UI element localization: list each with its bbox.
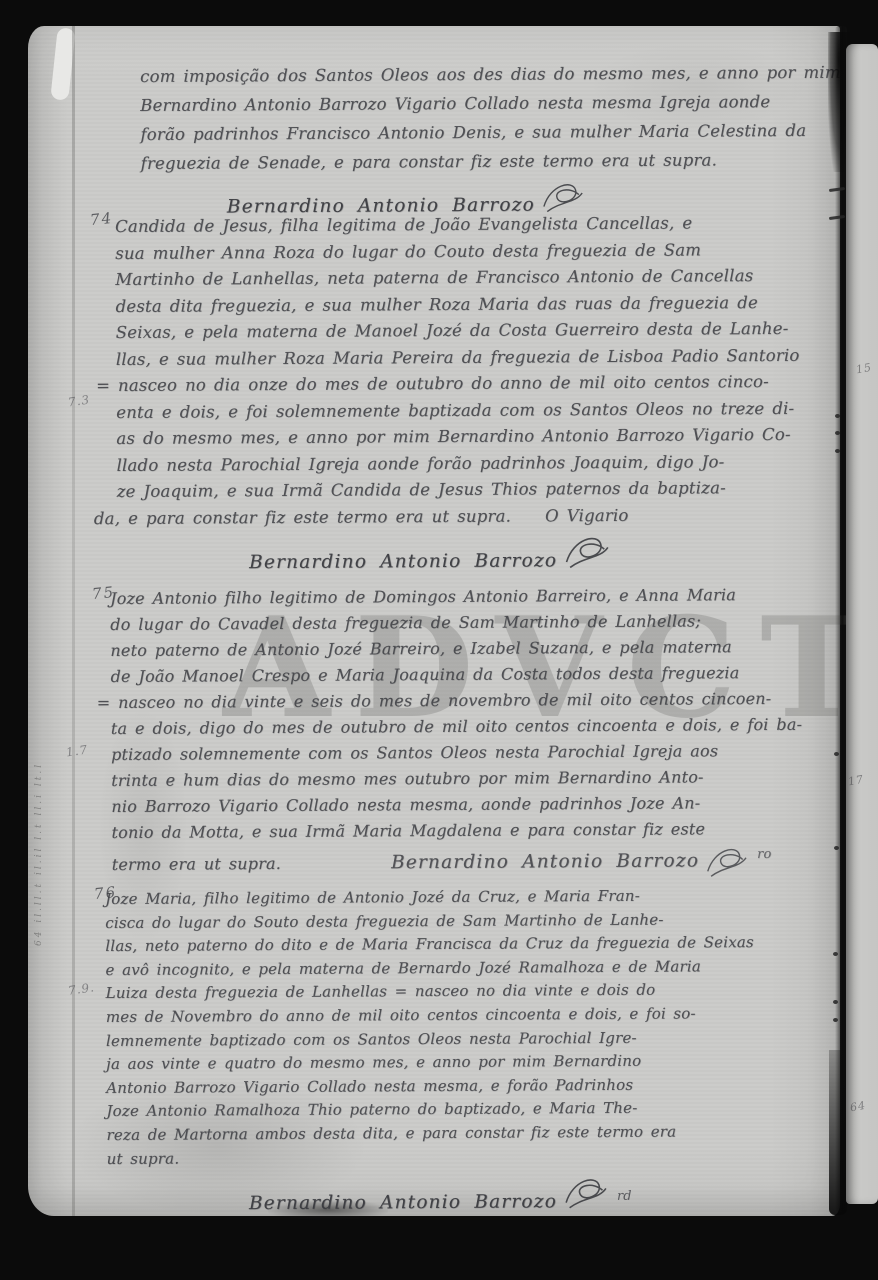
handwritten-line: termo era ut supra.Bernardino Antonio Ba… <box>112 842 824 884</box>
priest-signature: Bernardino Antonio Barrozo <box>249 550 557 573</box>
closing-vigario: O Vigario <box>545 505 629 525</box>
handwritten-line: forão padrinhos Francisco Antonio Denis,… <box>140 116 816 149</box>
page-left-fold-line <box>72 26 75 1216</box>
handwritten-line: com imposição dos Santos Oleos aos des d… <box>140 58 816 91</box>
binding-stitch <box>833 952 838 956</box>
signature-line: Bernardino Antonio Barrozo rd <box>107 1171 831 1215</box>
scanned-book-photo: ADVCT 64 il.ll.t il.il l.t ll.i lt.l com… <box>0 0 878 1280</box>
handwritten-line: freguezia de Senade, e para constar fiz … <box>141 145 817 178</box>
binding-stitch <box>835 449 840 453</box>
binding-stitch <box>834 846 839 850</box>
signature-line: Bernardino Antonio Barrozo <box>117 530 823 574</box>
binding-stitch <box>835 431 840 435</box>
binding-stitch <box>834 752 839 756</box>
record-continuation: com imposição dos Santos Oleos aos des d… <box>140 58 817 218</box>
handwritten-text: termo era ut supra. <box>112 854 281 874</box>
handwritten-line: ut supra. <box>107 1143 831 1171</box>
handwritten-line: da, e para constar fiz este termo era ut… <box>94 501 823 532</box>
signature-suffix: rd <box>617 1189 632 1204</box>
margin-annotation: 1.7 <box>65 743 89 760</box>
spacer <box>281 868 391 869</box>
handwritten-line: Bernardino Antonio Barrozo Vigario Colla… <box>140 87 816 120</box>
gutter-shadow-bottom <box>829 1050 847 1215</box>
binding-stitch <box>833 1000 838 1004</box>
signature-suffix: ro <box>757 847 772 862</box>
adjacent-page-sliver: 15 17 64 <box>846 44 878 1204</box>
signature-rubric-flourish <box>539 177 589 215</box>
adjacent-page-mark: 64 <box>849 1099 867 1115</box>
margin-annotation: 7.3 <box>67 393 91 410</box>
baptism-record-76: Joze Maria, filho legitimo de Antonio Jo… <box>105 884 831 1216</box>
binding-stitch <box>833 1018 838 1022</box>
handwritten-text: da, e para constar fiz este termo era ut… <box>94 506 511 528</box>
binding-stitch <box>835 414 840 418</box>
margin-record-number: 74 <box>89 209 114 229</box>
edge-inscription: 64 il.ll.t il.il l.t ll.i lt.l <box>34 686 44 946</box>
adjacent-page-mark: 15 <box>855 361 873 377</box>
baptism-record-74: Candida de Jesus, filha legitima de João… <box>115 210 823 574</box>
priest-signature: Bernardino Antonio Barrozo <box>249 1191 557 1214</box>
adjacent-page-mark: 17 <box>847 773 865 789</box>
manuscript-page: ADVCT 64 il.ll.t il.il l.t ll.i lt.l com… <box>28 26 840 1216</box>
baptism-record-75: Joze Antonio filho legitimo de Domingos … <box>110 582 824 884</box>
margin-annotation: 7.9. <box>67 980 96 998</box>
signature-rubric-flourish <box>561 1172 613 1212</box>
signature-rubric-flourish <box>561 531 615 571</box>
signature-rubric-flourish <box>703 842 753 880</box>
priest-signature: Bernardino Antonio Barrozo <box>391 850 699 873</box>
